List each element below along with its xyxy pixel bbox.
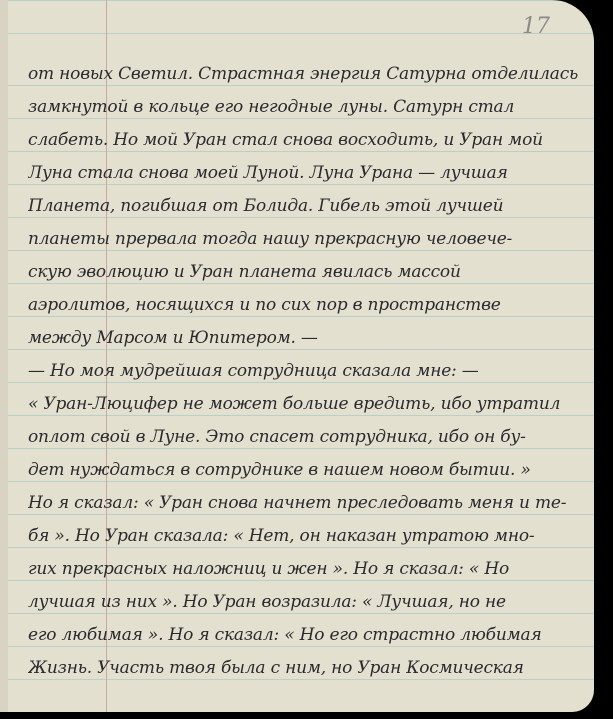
text-line: гих прекрасных наложниц и жен ». Но я ск… (28, 553, 588, 586)
page-number: 17 (522, 14, 550, 39)
text-line: Но я сказал: « Уран снова начнет преслед… (28, 487, 588, 520)
text-line: Жизнь. Участь твоя была с ним, но Уран К… (28, 652, 588, 685)
text-line: — Но моя мудрейшая сотрудница сказала мн… (28, 355, 588, 388)
text-line: бя ». Но Уран сказала: « Нет, он наказан… (28, 520, 588, 553)
manuscript-page: 17 от новых Светил. Страстная энергия Са… (0, 0, 594, 712)
text-line: Луна стала снова моей Луной. Луна Урана … (28, 157, 588, 190)
text-line: Планета, погибшая от Болида. Гибель этой… (28, 190, 588, 223)
text-line: между Марсом и Юпитером. — (28, 322, 588, 355)
text-line: замкнутой в кольце его негодные луны. Са… (28, 91, 588, 124)
text-line: аэролитов, носящихся и по сих пор в прос… (28, 289, 588, 322)
text-line: планеты прервала тогда нашу прекрасную ч… (28, 223, 588, 256)
text-line: дет нуждаться в сотруднике в нашем новом… (28, 454, 588, 487)
text-line: его любимая ». Но я сказал: « Но его стр… (28, 619, 588, 652)
text-line: слабеть. Но мой Уран стал снова восходит… (28, 124, 588, 157)
text-line: скую эволюцию и Уран планета явилась мас… (28, 256, 588, 289)
text-line: от новых Светил. Страстная энергия Сатур… (28, 58, 588, 91)
text-line: « Уран-Люцифер не может больше вредить, … (28, 388, 588, 421)
page-left-edge (0, 0, 8, 712)
text-line: лучшая из них ». Но Уран возразила: « Лу… (28, 586, 588, 619)
text-line: оплот свой в Луне. Это спасет сотрудника… (28, 421, 588, 454)
handwritten-text-block: от новых Светил. Страстная энергия Сатур… (28, 58, 588, 685)
